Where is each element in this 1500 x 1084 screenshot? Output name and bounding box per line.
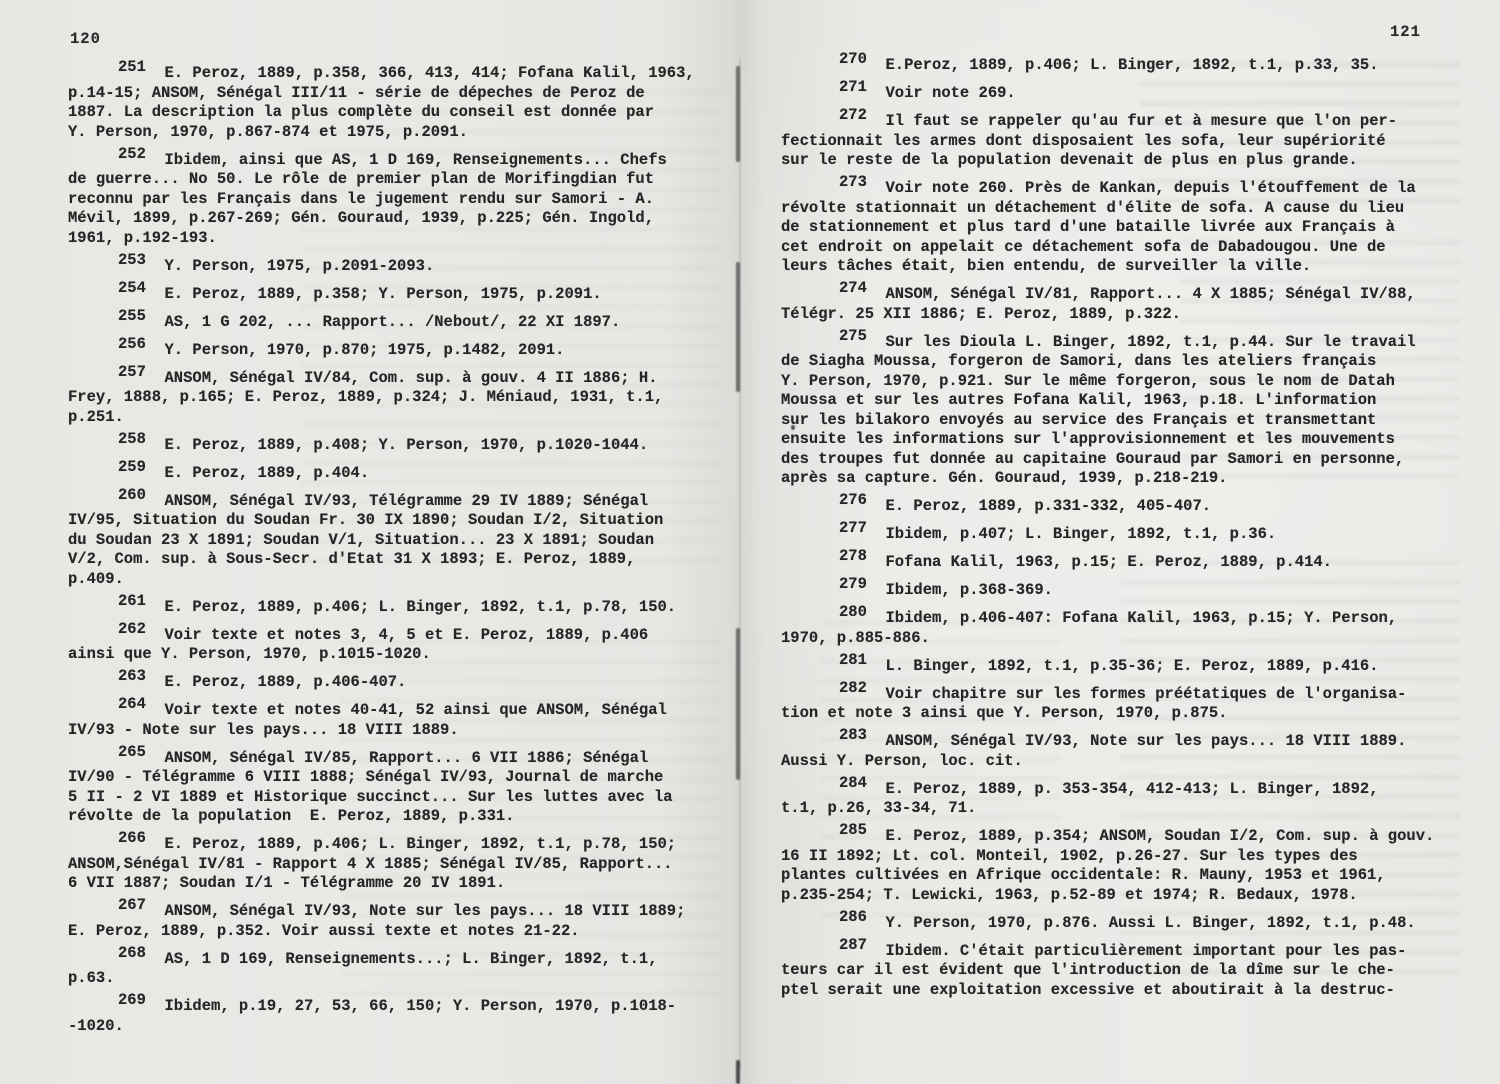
footnote-251: 251 E. Peroz, 1889, p.358, 366, 413, 414…: [68, 64, 730, 142]
footnote-269: 269 Ibidem, p.19, 27, 53, 66, 150; Y. Pe…: [68, 997, 730, 1036]
gutter-fold-mark: [736, 66, 740, 162]
footnote-number: 256: [118, 335, 146, 353]
footnote-number: 285: [839, 821, 867, 839]
footnote-279: 279 Ibidem, p.368-369.: [781, 581, 1459, 601]
footnote-278: 278 Fofana Kalil, 1963, p.15; E. Peroz, …: [781, 553, 1459, 573]
footnote-271: 271 Voir note 269.: [781, 84, 1459, 104]
footnote-258: 258 E. Peroz, 1889, p.408; Y. Person, 19…: [68, 436, 730, 456]
footnote-number: 262: [118, 620, 146, 638]
footnote-284: 284 E. Peroz, 1889, p. 353-354, 412-413;…: [781, 780, 1459, 819]
footnote-number: 269: [118, 991, 146, 1009]
footnote-number: 272: [839, 106, 867, 124]
footnote-286: 286 Y. Person, 1970, p.876. Aussi L. Bin…: [781, 914, 1459, 934]
footnote-262: 262 Voir texte et notes 3, 4, 5 et E. Pe…: [68, 626, 730, 665]
footnote-number: 263: [118, 667, 146, 685]
footnote-254: 254 E. Peroz, 1889, p.358; Y. Person, 19…: [68, 285, 730, 305]
footnote-number: 255: [118, 307, 146, 325]
footnote-number: 281: [839, 651, 867, 669]
footnote-number: 268: [118, 944, 146, 962]
gutter-fold-shadow: [739, 58, 741, 1070]
ink-speck: [791, 425, 795, 430]
footnote-275: 275 Sur les Dioula L. Binger, 1892, t.1,…: [781, 333, 1459, 489]
footnote-263: 263 E. Peroz, 1889, p.406-407.: [68, 673, 730, 693]
footnote-274: 274 ANSOM, Sénégal IV/81, Rapport... 4 X…: [781, 285, 1459, 324]
footnote-273: 273 Voir note 260. Près de Kankan, depui…: [781, 179, 1459, 277]
footnote-270: 270 E.Peroz, 1889, p.406; L. Binger, 189…: [781, 56, 1459, 76]
footnote-number: 287: [839, 936, 867, 954]
footnote-number: 280: [839, 603, 867, 621]
footnote-number: 275: [839, 327, 867, 345]
footnote-number: 279: [839, 575, 867, 593]
footnote-265: 265 ANSOM, Sénégal IV/85, Rapport... 6 V…: [68, 749, 730, 827]
footnote-number: 258: [118, 430, 146, 448]
footnote-number: 283: [839, 726, 867, 744]
footnote-285: 285 E. Peroz, 1889, p.354; ANSOM, Soudan…: [781, 827, 1459, 905]
footnote-282: 282 Voir chapitre sur les formes préétat…: [781, 685, 1459, 724]
footnote-252: 252 Ibidem, ainsi que AS, 1 D 169, Rense…: [68, 151, 730, 249]
footnote-number: 257: [118, 363, 146, 381]
footnote-280: 280 Ibidem, p.406-407: Fofana Kalil, 196…: [781, 609, 1459, 648]
footnote-number: 282: [839, 679, 867, 697]
footnote-267: 267 ANSOM, Sénégal IV/93, Note sur les p…: [68, 902, 730, 941]
footnote-number: 267: [118, 896, 146, 914]
footnote-number: 260: [118, 486, 146, 504]
footnote-number: 277: [839, 519, 867, 537]
notes-column-left: 251 E. Peroz, 1889, p.358, 366, 413, 414…: [68, 64, 730, 1045]
gutter-fold-mark: [736, 262, 740, 392]
footnote-264: 264 Voir texte et notes 40-41, 52 ainsi …: [68, 701, 730, 740]
footnote-281: 281 L. Binger, 1892, t.1, p.35-36; E. Pe…: [781, 657, 1459, 677]
footnote-number: 254: [118, 279, 146, 297]
footnote-number: 251: [118, 58, 146, 76]
footnote-277: 277 Ibidem, p.407; L. Binger, 1892, t.1,…: [781, 525, 1459, 545]
footnote-number: 253: [118, 251, 146, 269]
page-number-left: 120: [70, 30, 101, 48]
footnote-260: 260 ANSOM, Sénégal IV/93, Télégramme 29 …: [68, 492, 730, 590]
footnote-259: 259 E. Peroz, 1889, p.404.: [68, 464, 730, 484]
footnote-number: 270: [839, 50, 867, 68]
footnote-266: 266 E. Peroz, 1889, p.406; L. Binger, 18…: [68, 835, 730, 894]
notes-column-right: 270 E.Peroz, 1889, p.406; L. Binger, 189…: [781, 56, 1459, 1009]
gutter-fold-mark: [736, 628, 740, 780]
footnote-number: 276: [839, 491, 867, 509]
footnote-number: 261: [118, 592, 146, 610]
book-spread: 120 251 E. Peroz, 1889, p.358, 366, 413,…: [0, 0, 1500, 1084]
footnote-261: 261 E. Peroz, 1889, p.406; L. Binger, 18…: [68, 598, 730, 618]
footnote-272: 272 Il faut se rappeler qu'au fur et à m…: [781, 112, 1459, 171]
footnote-number: 265: [118, 743, 146, 761]
footnote-number: 286: [839, 908, 867, 926]
footnote-number: 252: [118, 145, 146, 163]
gutter-fold-mark: [736, 1060, 740, 1084]
footnote-number: 274: [839, 279, 867, 297]
footnote-number: 266: [118, 829, 146, 847]
footnote-number: 284: [839, 774, 867, 792]
footnote-287: 287 Ibidem. C'était particulièrement imp…: [781, 942, 1459, 1001]
footnote-256: 256 Y. Person, 1970, p.870; 1975, p.1482…: [68, 341, 730, 361]
page-number-right: 121: [1390, 23, 1421, 41]
footnote-number: 264: [118, 695, 146, 713]
footnote-number: 278: [839, 547, 867, 565]
footnote-number: 259: [118, 458, 146, 476]
footnote-255: 255 AS, 1 G 202, ... Rapport... /Nebout/…: [68, 313, 730, 333]
footnote-253: 253 Y. Person, 1975, p.2091-2093.: [68, 257, 730, 277]
footnote-number: 273: [839, 173, 867, 191]
footnote-number: 271: [839, 78, 867, 96]
footnote-268: 268 AS, 1 D 169, Renseignements...; L. B…: [68, 950, 730, 989]
footnote-283: 283 ANSOM, Sénégal IV/93, Note sur les p…: [781, 732, 1459, 771]
footnote-276: 276 E. Peroz, 1889, p.331-332, 405-407.: [781, 497, 1459, 517]
footnote-257: 257 ANSOM, Sénégal IV/84, Com. sup. à go…: [68, 369, 730, 428]
